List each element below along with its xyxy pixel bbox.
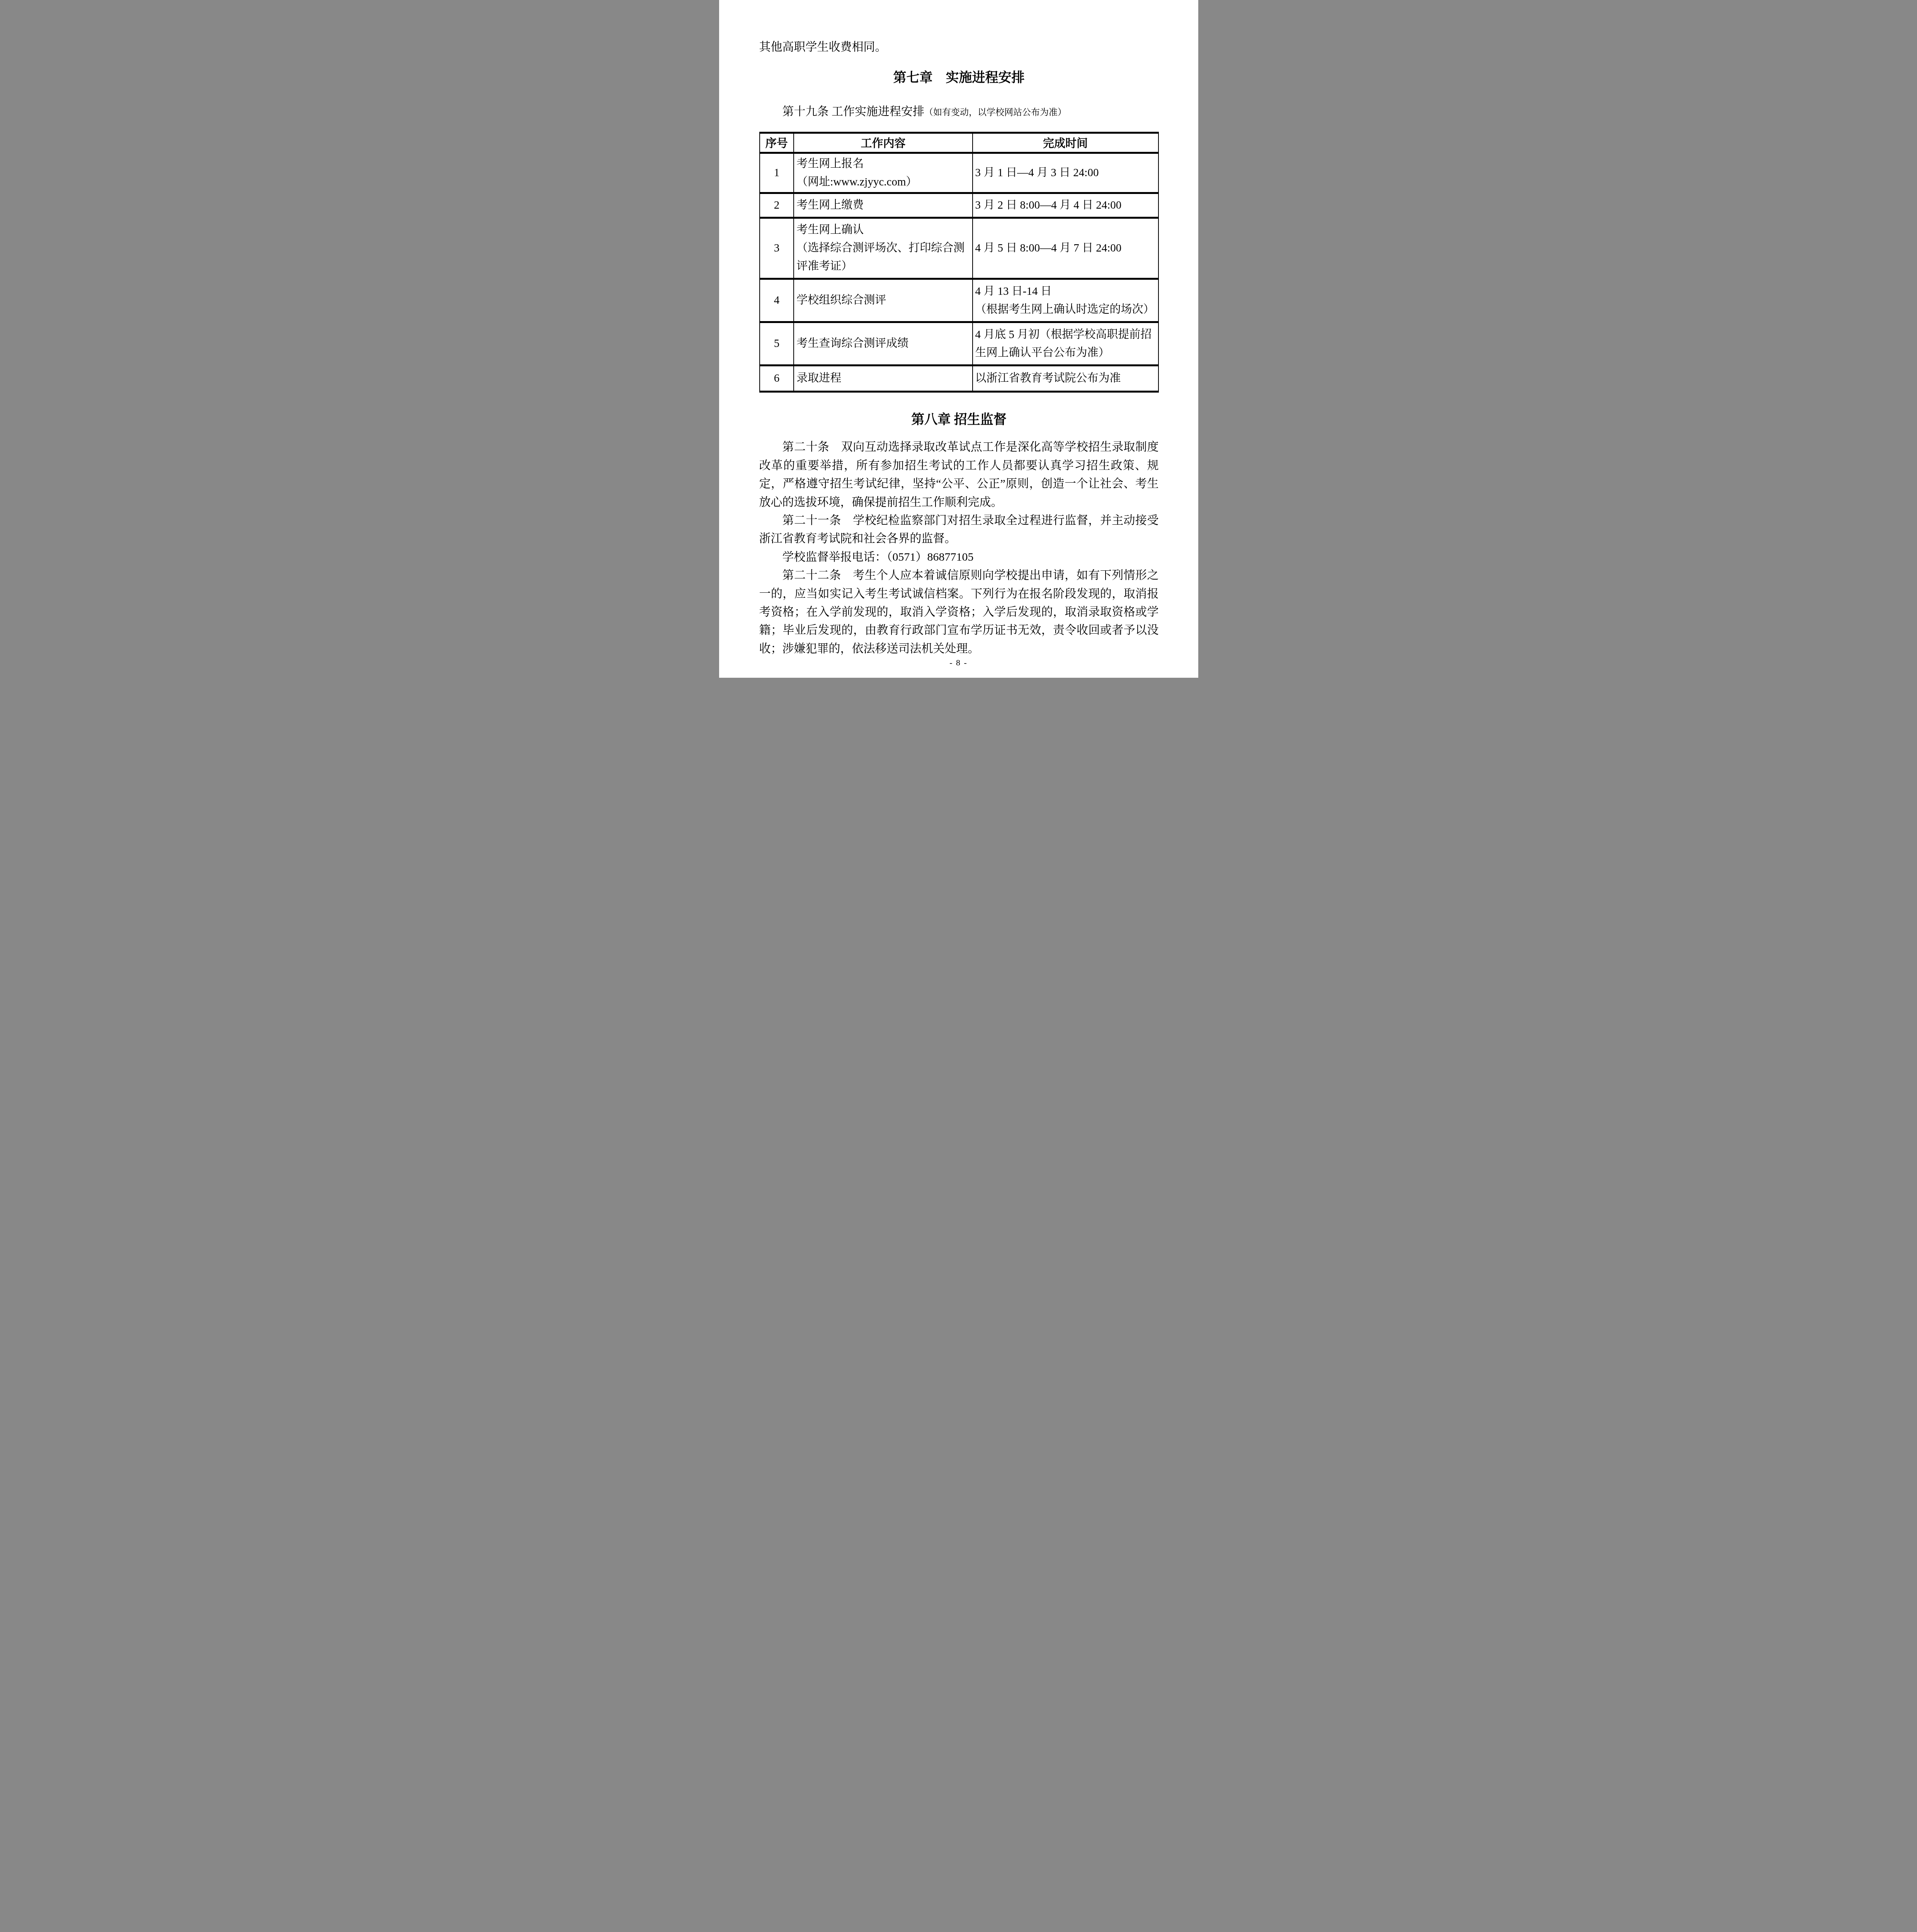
article19-main: 第十九条 工作实施进程安排: [782, 105, 925, 118]
document-page: 其他高职学生收费相同。 第七章 实施进程安排 第十九条 工作实施进程安排（如有变…: [719, 0, 1198, 678]
cell-time: 4 月 5 日 8:00—4 月 7 日 24:00: [973, 218, 1158, 279]
table-row: 3 考生网上确认 （选择综合测评场次、打印综合测评准考证） 4 月 5 日 8:…: [760, 218, 1158, 279]
cell-no: 1: [760, 153, 794, 193]
cell-time: 3 月 2 日 8:00—4 月 4 日 24:00: [973, 193, 1158, 218]
article21-paragraph: 第二十一条 学校纪检监察部门对招生录取全过程进行监督，并主动接受浙江省教育考试院…: [759, 511, 1159, 548]
cell-time: 以浙江省教育考试院公布为准: [973, 366, 1158, 392]
table-header-row: 序号 工作内容 完成时间: [760, 133, 1158, 153]
header-cell-time: 完成时间: [973, 133, 1158, 153]
cell-time: 3 月 1 日—4 月 3 日 24:00: [973, 153, 1158, 193]
cell-no: 2: [760, 193, 794, 218]
header-cell-content: 工作内容: [794, 133, 972, 153]
table-row: 4 学校组织综合测评 4 月 13 日-14 日 （根据考生网上确认时选定的场次…: [760, 279, 1158, 322]
cell-content: 考生网上报名 （网址:www.zjyyc.com）: [794, 153, 972, 193]
chapter8-heading: 第八章 招生监督: [759, 409, 1159, 428]
intro-paragraph: 其他高职学生收费相同。: [759, 38, 1159, 56]
schedule-table: 序号 工作内容 完成时间 1 考生网上报名 （网址:www.zjyyc.com）…: [759, 132, 1159, 393]
table-row: 5 考生查询综合测评成绩 4 月底 5 月初（根据学校高职提前招生网上确认平台公…: [760, 322, 1158, 366]
article20-paragraph: 第二十条 双向互动选择录取改革试点工作是深化高等学校招生录取制度改革的重要举措，…: [759, 438, 1159, 511]
cell-content: 考生查询综合测评成绩: [794, 322, 972, 366]
article22-paragraph: 第二十二条 考生个人应本着诚信原则向学校提出申请，如有下列情形之一的，应当如实记…: [759, 566, 1159, 658]
cell-content: 录取进程: [794, 366, 972, 392]
cell-no: 5: [760, 322, 794, 366]
cell-time: 4 月底 5 月初（根据学校高职提前招生网上确认平台公布为准）: [973, 322, 1158, 366]
header-cell-no: 序号: [760, 133, 794, 153]
table-row: 2 考生网上缴费 3 月 2 日 8:00—4 月 4 日 24:00: [760, 193, 1158, 218]
cell-content: 考生网上缴费: [794, 193, 972, 218]
cell-content: 考生网上确认 （选择综合测评场次、打印综合测评准考证）: [794, 218, 972, 279]
table-row: 6 录取进程 以浙江省教育考试院公布为准: [760, 366, 1158, 392]
supervision-phone-line: 学校监督举报电话：（0571）86877105: [759, 548, 1159, 566]
page-number: - 8 -: [719, 658, 1198, 668]
article19-note: （如有变动，以学校网站公布为准）: [924, 107, 1067, 117]
cell-content: 学校组织综合测评: [794, 279, 972, 322]
cell-no: 3: [760, 218, 794, 279]
table-row: 1 考生网上报名 （网址:www.zjyyc.com） 3 月 1 日—4 月 …: [760, 153, 1158, 193]
cell-no: 4: [760, 279, 794, 322]
cell-time: 4 月 13 日-14 日 （根据考生网上确认时选定的场次）: [973, 279, 1158, 322]
article19-line: 第十九条 工作实施进程安排（如有变动，以学校网站公布为准）: [759, 103, 1159, 120]
cell-no: 6: [760, 366, 794, 392]
chapter7-heading: 第七章 实施进程安排: [759, 67, 1159, 86]
